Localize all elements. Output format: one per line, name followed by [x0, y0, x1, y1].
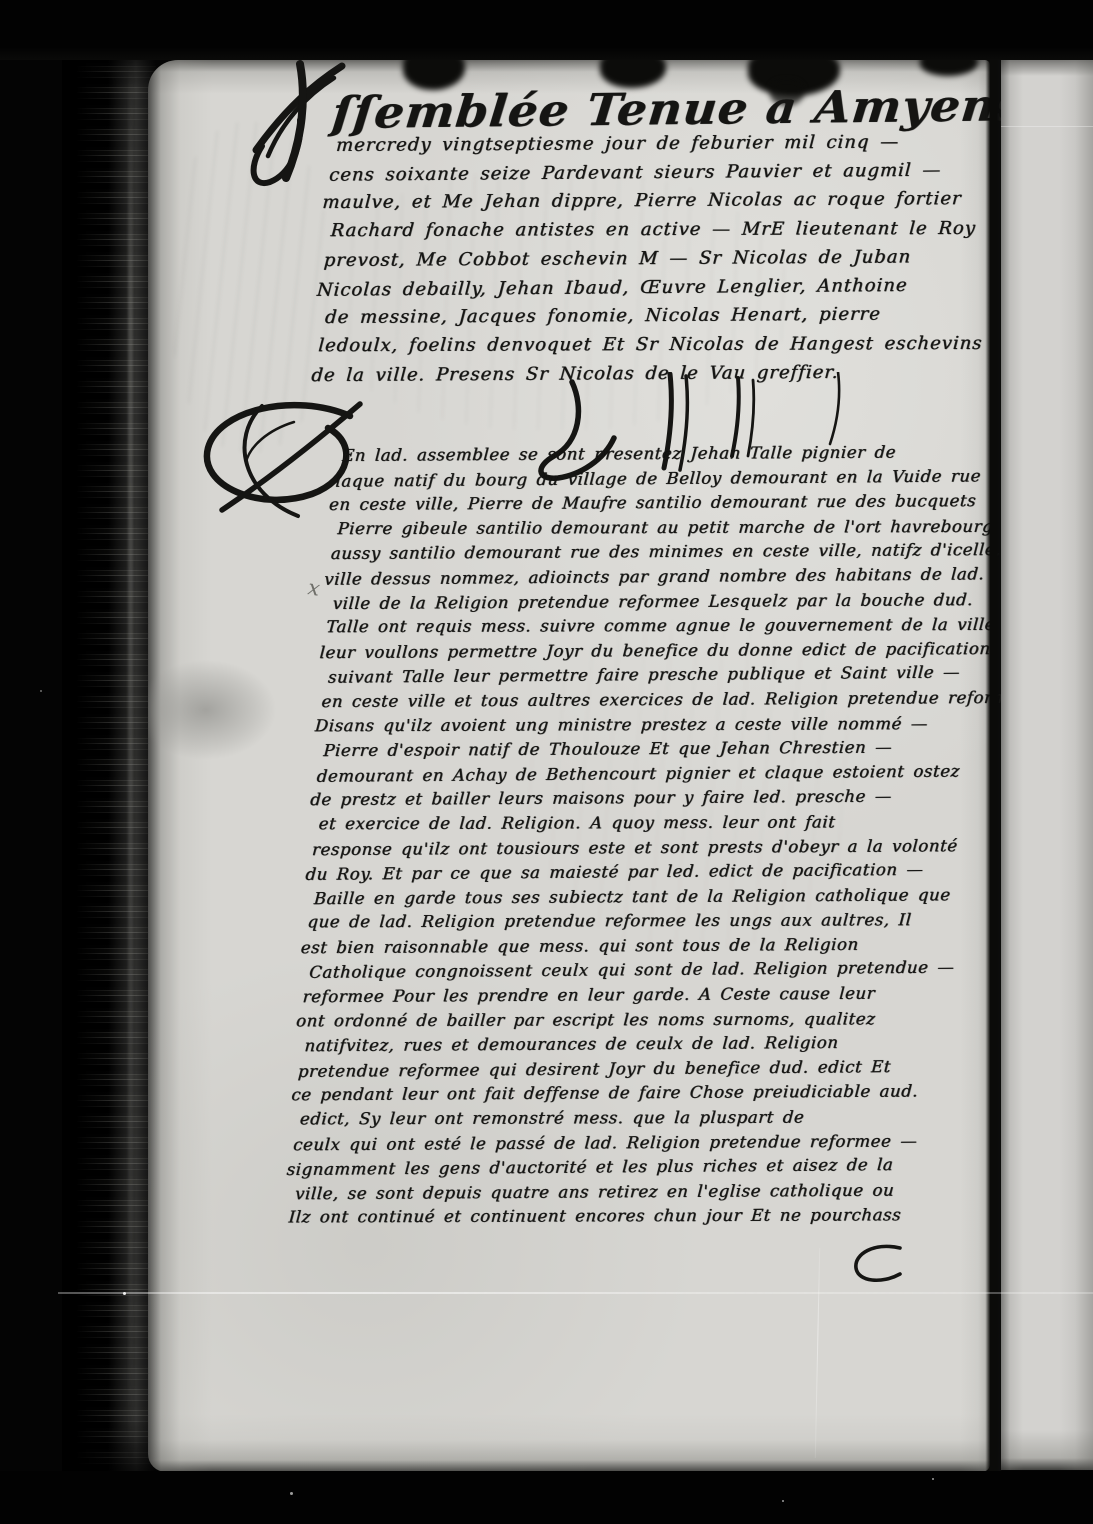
page-gutter-shadow	[986, 56, 1001, 1472]
scan-background-bottom	[0, 1471, 1093, 1524]
record-line: en ceste ville et tous aultres exercices…	[321, 686, 975, 715]
opening-line: prevost, Me Cobbot eschevin M — Sr Nicol…	[323, 243, 981, 276]
end-swash	[848, 1242, 908, 1286]
bleedthrough-ghost-text	[170, 122, 330, 452]
record-line: et exercice de lad. Religion. A quoy mes…	[318, 810, 967, 837]
record-line: ville de la Religion pretendue reformee …	[332, 588, 981, 617]
dust-speck	[40, 690, 42, 692]
opening-line: de la ville. Presens Sr Nicolas de le Va…	[311, 358, 974, 391]
opening-line: Rachard fonache antistes en active — MrE…	[330, 215, 983, 246]
record-line: edict, Sy leur ont remonstré mess. que l…	[299, 1105, 948, 1132]
opening-line: ledoulx, foelins denvoquet Et Sr Nicolas…	[317, 330, 975, 361]
record-line: Baille en garde tous ses subiectz tant d…	[313, 883, 962, 912]
film-scratch-horizontal	[58, 1292, 1093, 1294]
record-line: ont ordonné de bailler par escript les n…	[295, 1007, 954, 1034]
binding-highlight	[128, 60, 133, 1460]
dust-speck	[123, 1292, 126, 1295]
dust-speck	[932, 1478, 934, 1480]
record-line: de prestz et bailler leurs maisons pour …	[309, 784, 968, 813]
record-line: ville, se sont depuis quatre ans retirez…	[294, 1178, 943, 1207]
record-line: ce pendant leur ont fait deffense de fai…	[291, 1080, 950, 1109]
record-line: Disans qu'ilz avoient ung ministre prest…	[314, 712, 973, 739]
manuscript-scan: ſſemblée Tenue a Amyens Le mercredy ving…	[0, 0, 1093, 1524]
record-line: que de lad. Religion pretendue reformee …	[307, 908, 961, 935]
opening-paragraph: mercredy vingtseptiesme jour de feburier…	[316, 128, 988, 390]
record-paragraph: En lad. assemblee se sont presentez Jeha…	[288, 440, 990, 1231]
dust-speck	[290, 1492, 293, 1495]
opening-line: mercredy vingtseptiesme jour de feburier…	[335, 128, 988, 161]
manuscript-page: ſſemblée Tenue a Amyens Le mercredy ving…	[148, 60, 990, 1472]
dust-speck	[782, 1500, 784, 1502]
record-line: laque natif du bourg du village de Bello…	[335, 464, 989, 494]
record-line: Pierre gibeule santilio demourant au pet…	[337, 515, 986, 542]
record-line: pretendue reformee qui desirent Joyr du …	[297, 1054, 951, 1084]
film-scratch-horizontal	[1001, 126, 1093, 127]
book-binding-edge	[62, 0, 156, 1524]
record-line: Talle ont requis mess. suivre comme agnu…	[325, 613, 979, 640]
record-line: Ilz ont continué et continuent encores c…	[288, 1204, 942, 1231]
scan-background-top	[0, 0, 1093, 60]
margin-x-mark: x	[306, 575, 321, 601]
record-line: reformee Pour les prendre en leur garde.…	[302, 981, 956, 1010]
opening-line: Nicolas debailly, Jehan Ibaud, Œuvre Len…	[316, 271, 979, 305]
opening-line: cens soixante seize Pardevant sieurs Pau…	[328, 156, 986, 190]
opening-line: de messine, Jacques fonomie, Nicolas Hen…	[324, 300, 977, 333]
record-line: demourant en Achay de Bethencourt pignie…	[316, 759, 970, 789]
opening-line: maulve, et Me Jehan dippre, Pierre Nicol…	[322, 185, 985, 218]
next-page-edge	[1001, 60, 1093, 1470]
